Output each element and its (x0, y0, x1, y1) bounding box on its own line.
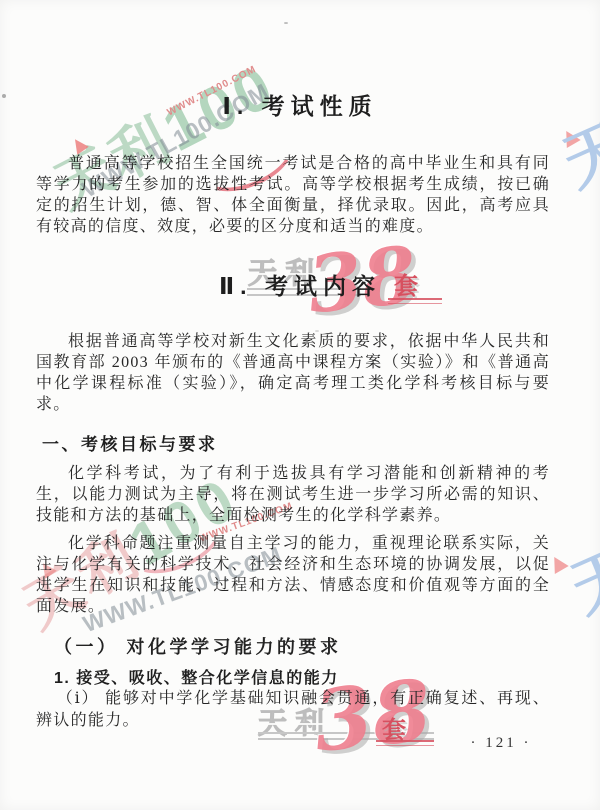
section-title-exam-nature: Ⅰ. 考试性质 (0, 88, 600, 121)
page-number: · 121 · (446, 735, 556, 752)
paragraph-chemistry-exam: 化学科考试，为了有利于选拔具有学习潜能和创新精神的考生，以能力测试为主导，将在测… (36, 463, 550, 526)
section-title-exam-content: Ⅱ. 考试内容 (0, 268, 600, 301)
logo-underline-red (376, 740, 434, 746)
scanned-document-page: 天利100 WWW.TL100.COM WWW.TL100.COM 天利100 … (0, 0, 600, 810)
scan-speck (206, 641, 209, 644)
heading-assessment-goals: 一、考核目标与要求 (42, 430, 218, 455)
watermark-partial-tian-lower: 天 (562, 538, 600, 622)
heading-ability-1: 1. 接受、吸收、整合化学信息的能力 (54, 665, 339, 688)
watermark-red-accent-icon (69, 135, 88, 154)
paragraph-ability-detail: （ⅰ） 能够对中学化学基础知识融会贯通，有正确复述、再现、辨认的能力。 (36, 688, 550, 732)
watermark-red-accent-icon (547, 553, 568, 574)
heading-chemistry-learning-ability: （一） 对化学学习能力的要求 (54, 633, 342, 659)
watermark-partial-tian-upper: 天 (554, 112, 600, 196)
scan-speck (315, 330, 319, 332)
logo-underline-gray (258, 732, 434, 740)
scan-speck (2, 94, 6, 98)
watermark-red-accent-icon (559, 127, 580, 148)
paragraph-exam-nature: 普通高等学校招生全国统一考试是合格的高中毕业生和具有同等学力的考生参加的选拔性考… (36, 153, 550, 237)
paragraph-exam-content-intro: 根据普通高等学校对新生文化素质的要求，依据中华人民共和国教育部 2003 年颁布… (36, 331, 550, 415)
paragraph-proposition-focus: 化学科命题注重测量自主学习的能力，重视理论联系实际，关注与化学有关的科学技术、社… (36, 533, 550, 617)
scan-speck (284, 22, 288, 24)
